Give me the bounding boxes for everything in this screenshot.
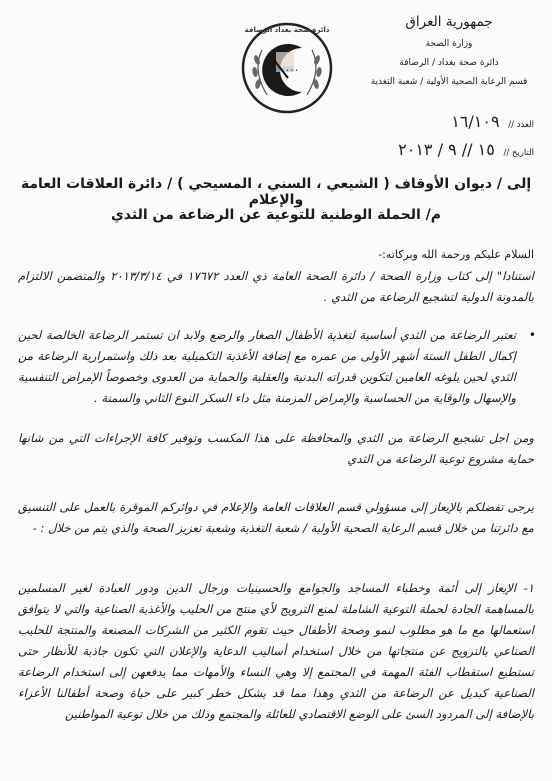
reference-number-value: ١٦/١٠٩ — [451, 112, 499, 131]
letterhead: جمهورية العراق وزارة الصحة دائرة صحة بغد… — [364, 6, 534, 87]
reference-number-label: العدد // — [508, 120, 534, 130]
bullet-icon: • — [529, 325, 536, 346]
greeting: السلام عليكم ورحمة الله وبركاته:- — [18, 244, 534, 265]
department-name: قسم الرعاية الصحية الأولية / شعبة التغذي… — [364, 77, 534, 87]
country-name: جمهورية العراق — [364, 14, 534, 30]
directorate-name: دائرة صحة بغداد / الرصافة — [364, 58, 534, 68]
reference-date-label: التاريخ // — [504, 148, 535, 158]
reference-date: التاريخ // ١٥ // ٩ / ٢٠١٣ — [398, 140, 534, 159]
reference-date-value: ١٥ // ٩ / ٢٠١٣ — [398, 140, 495, 159]
svg-text:• • • •: • • • • — [281, 68, 298, 74]
paragraph-reference: استنادا" إلى كتاب وزارة الصحة / دائرة ال… — [18, 266, 534, 308]
letter-page: جمهورية العراق وزارة الصحة دائرة صحة بغد… — [0, 0, 552, 781]
reference-number: العدد // ١٦/١٠٩ — [451, 112, 534, 131]
recipient-line: إلى / ديوان الأوقاف ( الشيعي ، السني ، ا… — [0, 176, 552, 208]
paragraph-bullet-text: تعتبر الرضاعة من الثدي أساسية لتغذية الأ… — [18, 328, 516, 405]
paragraph-bullet: • تعتبر الرضاعة من الثدي أساسية لتغذية ا… — [18, 325, 516, 409]
emblem-label: دائرة صحة بغداد الرصافة — [232, 26, 342, 34]
crescent-emblem-icon: • • • • دائرة صحة بغداد الرصافة — [232, 10, 342, 120]
paragraph-request: يرجى تفضلكم بالإيعاز إلى مسؤولي قسم العل… — [18, 497, 534, 539]
subject-line: م/ الحملة الوطنية للتوعية عن الرضاعة من … — [0, 207, 552, 223]
ministry-name: وزارة الصحة — [364, 39, 534, 49]
paragraph-item-1: ١- الإيعاز إلى أئمة وخطباء المساجد والجو… — [18, 578, 534, 725]
paragraph-encouragement: ومن اجل تشجيع الرضاعة من الثدي والمحافظة… — [18, 428, 534, 470]
